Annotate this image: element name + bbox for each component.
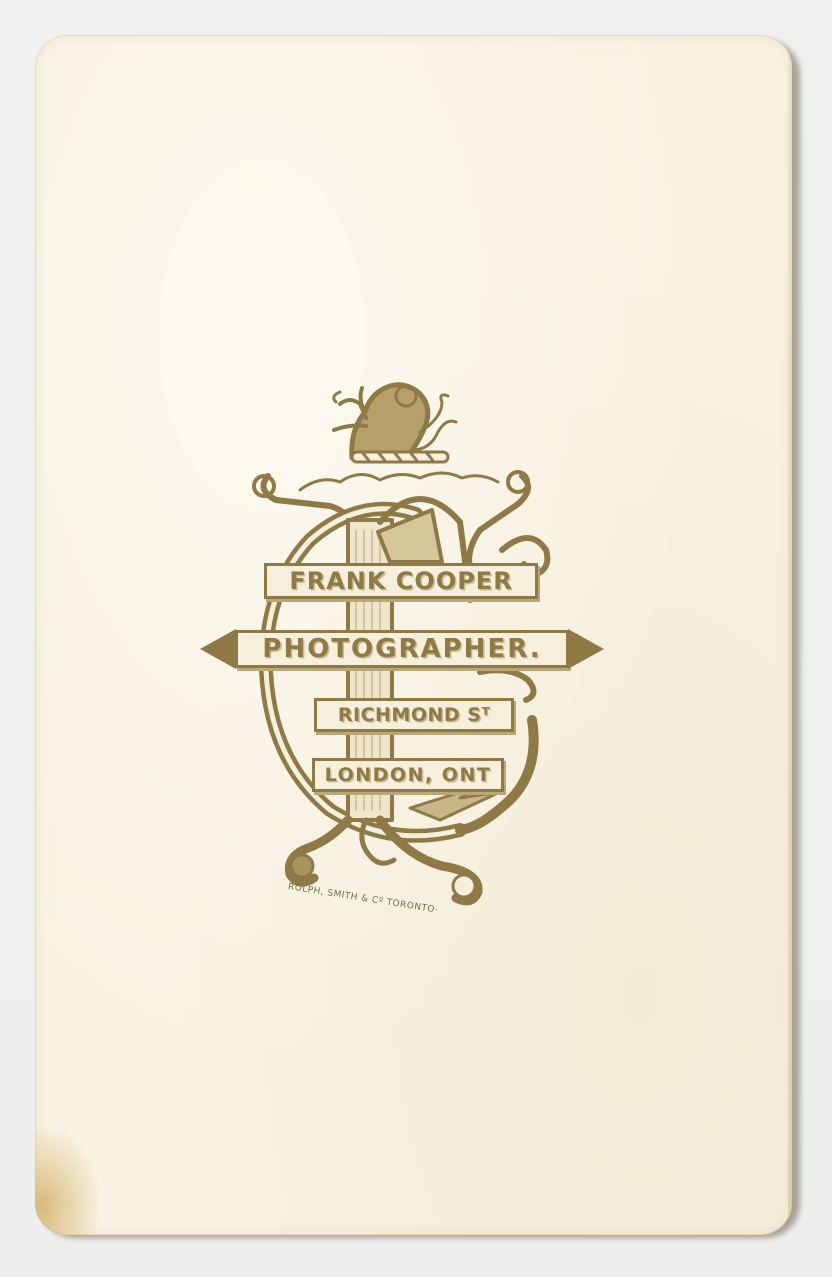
monogram-artwork — [180, 300, 620, 940]
photographer-name: FRANK COOPER — [264, 563, 538, 599]
city-address: LONDON, ONT — [312, 758, 504, 792]
age-stain — [35, 1129, 99, 1235]
photographer-imprint: FRANK COOPER PHOTOGRAPHER. RICHMOND Sᵀ L… — [180, 300, 620, 940]
card-edge — [788, 35, 792, 1235]
rampant-lion-icon — [334, 385, 456, 458]
street-address: RICHMOND Sᵀ — [314, 698, 514, 732]
profession-title: PHOTOGRAPHER. — [235, 630, 569, 668]
